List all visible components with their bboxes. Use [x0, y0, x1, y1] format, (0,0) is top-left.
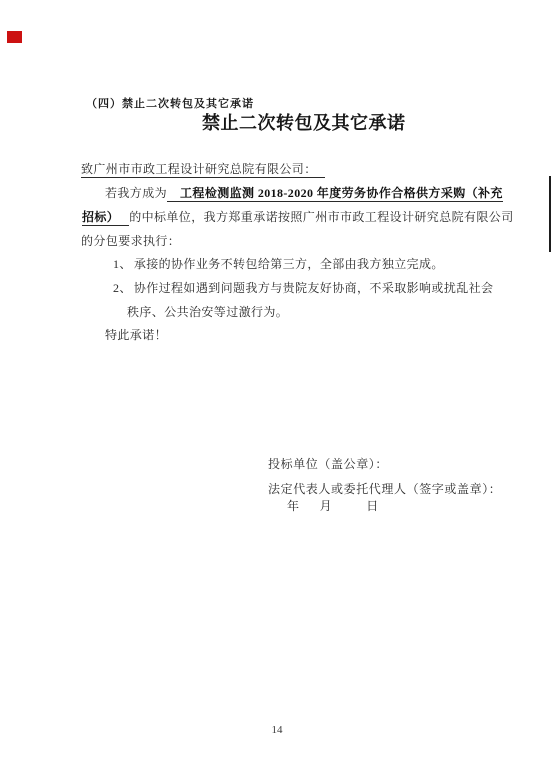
list-item: 1、承接的协作业务不转包给第三方，全部由我方独立完成。 [113, 257, 444, 272]
page-title: 禁止二次转包及其它承诺 [202, 109, 406, 135]
scan-artifact-line [549, 176, 551, 252]
item-text: 协作过程如遇到问题我方与贵院友好协商，不采取影响或扰乱社会 [134, 281, 494, 295]
paragraph-line-2: 招标）的中标单位，我方郑重承诺按照广州市市政工程设计研究总院有限公司 [82, 210, 514, 225]
item-number: 1、 [113, 257, 132, 272]
date-month-label: 月 [320, 499, 333, 513]
item-text: 承接的协作业务不转包给第三方，全部由我方独立完成。 [134, 257, 444, 271]
closing-text: 特此承诺！ [105, 328, 167, 342]
paragraph-line-3: 的分包要求执行： [81, 234, 180, 249]
salutation-text: 致广州市市政工程设计研究总院有限公司： [81, 162, 325, 178]
project-name-underlined-segment-2: 招标） [82, 210, 129, 226]
document-page: （四）禁止二次转包及其它承诺 禁止二次转包及其它承诺 致广州市市政工程设计研究总… [0, 0, 554, 783]
paragraph-line-2-text: 的中标单位，我方郑重承诺按照广州市市政工程设计研究总院有限公司 [129, 210, 513, 224]
project-name-part-1: 工程检测监测 2018-2020 年度劳务协作合格供方采购（补充 [180, 186, 503, 200]
date-year-label: 年 [287, 499, 300, 513]
paragraph-line-3-text: 的分包要求执行： [81, 234, 180, 248]
list-item: 2、协作过程如遇到问题我方与贵院友好协商，不采取影响或扰乱社会 [113, 281, 493, 296]
signature-date-line: 年月日 [287, 497, 379, 514]
signature-unit-text: 投标单位（盖公章）： [268, 457, 388, 471]
signature-legal-text: 法定代表人或委托代理人（签字或盖章）： [268, 482, 501, 496]
page-number: 14 [0, 724, 554, 736]
item-text: 秩序、公共治安等过激行为。 [127, 305, 288, 319]
list-item-continuation: 秩序、公共治安等过激行为。 [127, 305, 288, 320]
signature-legal-line: 法定代表人或委托代理人（签字或盖章）： [268, 480, 501, 497]
paragraph-prefix: 若我方成为 [105, 186, 167, 200]
item-number: 2、 [113, 281, 132, 296]
closing-statement: 特此承诺！ [105, 328, 167, 343]
project-name-underlined-segment: 工程检测监测 2018-2020 年度劳务协作合格供方采购（补充 [167, 186, 503, 202]
red-scan-mark [7, 31, 22, 43]
date-day-label: 日 [366, 499, 379, 513]
project-name-part-2: 招标） [82, 210, 119, 224]
signature-unit-line: 投标单位（盖公章）： [268, 455, 388, 472]
paragraph-line-1: 若我方成为工程检测监测 2018-2020 年度劳务协作合格供方采购（补充 [81, 186, 503, 201]
salutation-line: 致广州市市政工程设计研究总院有限公司： [81, 162, 325, 177]
